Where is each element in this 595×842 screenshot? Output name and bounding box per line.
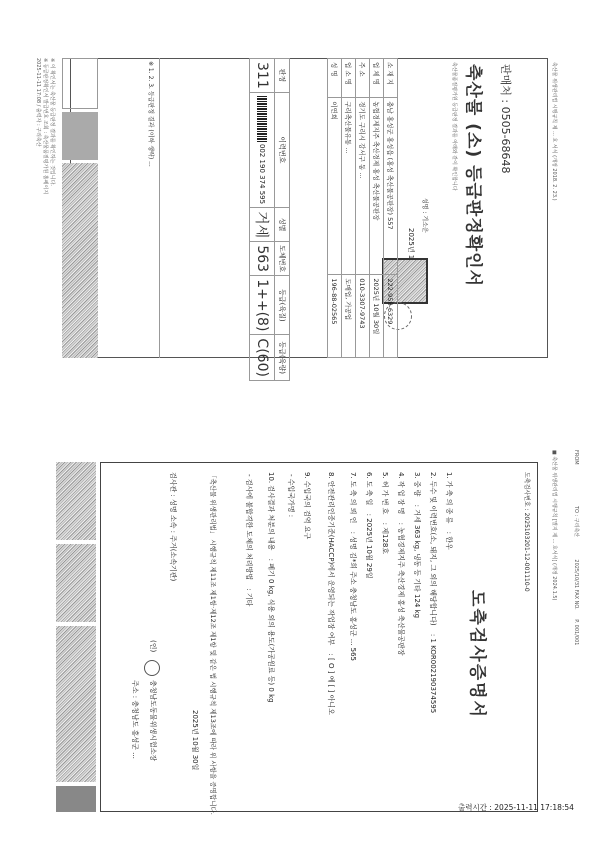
- item-no: 10.: [267, 472, 275, 483]
- carcass-number: 563: [250, 242, 275, 276]
- remarks-section: ※ 1. 2. 3. 등급판정 결과 (이하 생략) ...: [104, 58, 160, 358]
- table-row: 성 명 이연희 196-88-02565: [328, 59, 342, 358]
- item-no: 8.: [327, 472, 335, 479]
- item-value: 1 KOR002190374595: [429, 638, 437, 713]
- legal-statement: 「축산물 위생관리법」 시행규칙 제11조 제1항·제12조 제1항 및 같은 …: [209, 472, 218, 815]
- inspection-item: 5.허 가 번 호 : 제128호: [380, 472, 390, 554]
- item-no: 4.: [397, 472, 405, 479]
- inspection-item: 10.검사결과 처분의 내용 : 폐기 0 kg, 식용 외의 용도(가공원료 …: [266, 472, 276, 703]
- item-value: 폐기 0 kg, 식용 외의 용도(가공원료 등) 0 kg: [267, 563, 275, 702]
- table-row: 311 002 190 374 595 거세 563 1++(8) C(60): [250, 59, 275, 381]
- scan-artifacts: [62, 58, 98, 358]
- item-label: 검사결과 처분의 내용: [267, 485, 275, 550]
- inspection-item: 4.작 업 장 명 : 농협경제지주 축산경제 홍성 축산물공판장: [396, 472, 406, 656]
- barcode-icon: [257, 96, 267, 142]
- inspection-item: - 검사에 불합격한 도체의 처리방법 : 기타: [244, 472, 254, 606]
- table-row: 주 소 경기도 구리시 강서구 동 ... 010-3307-9743: [356, 59, 370, 358]
- item-label: 작 업 장 명: [397, 481, 405, 515]
- item-value: 거세 363 kg, 냉동 등 기타 124 kg: [413, 509, 421, 618]
- item-label: 수입국의 검역 요구: [303, 481, 311, 540]
- inspection-item: - 수입국가명 :: [286, 472, 296, 523]
- inspection-item: 9.수입국의 검역 요구: [302, 472, 312, 545]
- item-no: 6.: [365, 472, 373, 479]
- item-value: 2025년 10월 29일: [365, 518, 373, 578]
- certificate-title: 축산물 (소) 등급판정확인서: [463, 64, 488, 287]
- form-notice: 축산물 위생관리법 시행규칙 제 ... 호 서식 (개정 2018. 2. 2…: [551, 62, 558, 201]
- subtitle-note: 축산물품질평가원 등급판정 결과를 아래와 같이 확인합니다: [451, 62, 458, 191]
- form-notice: ■ 축산물 위생관리법 시행규칙 [별지 제 ... 호서식] (개정 2024…: [551, 450, 558, 600]
- grade-certificate: 축산물 위생관리법 시행규칙 제 ... 호 서식 (개정 2018. 2. 2…: [56, 58, 548, 358]
- inspector-address: 주소 : 충청남도 홍성군 ...: [130, 680, 140, 759]
- item-value: 제128호: [381, 527, 389, 554]
- table-header-row: 판정 이력번호 성별 도체번호 등급(육질) 등급(육량): [275, 59, 290, 381]
- inspection-item: 2.두수 및 이력번호(소, 돼지, 그 외의 해당합니다) : 1 KOR00…: [428, 472, 438, 713]
- item-no: 9.: [303, 472, 311, 479]
- yield-grade: C(60): [250, 335, 275, 381]
- certificate-title: 도축검사증명서: [467, 590, 492, 719]
- owner-info-table: 소 재 지 충남 홍성군 홍성읍 (홍성 축산물공판장) 557 222-956…: [327, 58, 398, 358]
- table-row: 업 소 명 구리축산물유통 ... 도매업, 가공업: [342, 59, 356, 358]
- item-no: 2.: [429, 472, 437, 479]
- quality-grade: 1++(8): [250, 276, 275, 335]
- logo-icon: [56, 786, 96, 812]
- official-seal-icon: [144, 660, 160, 676]
- inspector-label: 검사관 : 성명 소속 : 주거(소속기관): [168, 472, 178, 581]
- item-label: 도 축 일: [365, 481, 373, 506]
- seal-label: (인): [148, 640, 158, 652]
- item-value: 농협경제지주 축산경제 홍성 축산물공판장: [397, 527, 405, 655]
- table-row: 소 재 지 충남 홍성군 홍성읍 (홍성 축산물공판장) 557 222-956…: [384, 59, 398, 358]
- print-timestamp: 출력시간 : 2025-11-11 17:18:54: [458, 802, 574, 813]
- item-value: 기타: [245, 593, 253, 607]
- sequence-number: 311: [250, 59, 275, 93]
- inspector-name: 성명 : 기소운: [421, 198, 430, 233]
- blank-box: [62, 58, 98, 109]
- noise-block: [56, 462, 96, 540]
- item-no: 7.: [349, 472, 357, 479]
- item-label: 가 축 의 종 류: [445, 481, 453, 524]
- doc-number: 도축검사번호 : 2025103201-12-001110-0: [523, 472, 532, 592]
- inspection-item: 7.도 축 의 뢰 인 : 성명 김*희 주소 충청남도 홍성군 ... 565: [348, 472, 358, 661]
- trace-number-cell: 002 190 374 595: [250, 92, 275, 207]
- inspection-certificate: FROM TO : 구리축산 2025/10/31 FAX NO. P. 001…: [40, 450, 550, 820]
- noise-block: [56, 626, 96, 782]
- inspector-org: 충청남도동물위생시험소장: [148, 680, 158, 761]
- inspection-item: 1.가 축 의 종 류 : 한우: [444, 472, 454, 550]
- item-value: 한우: [445, 536, 453, 550]
- item-label: - 수입국가명 :: [287, 474, 295, 517]
- item-no: 3.: [413, 472, 421, 479]
- table-row: 업 체 명 농협경제지주 축산경제 홍성 축산물공판장 2025년 10월 30…: [370, 59, 384, 358]
- inspection-item: 6.도 축 일 : 2025년 10월 29일: [364, 472, 374, 579]
- scan-artifacts: [56, 462, 96, 812]
- item-label: 안전관리인증기준(HACCP)에서 운영되는 작업장 여부: [327, 481, 335, 646]
- issue-date: 2025년 10월 30일: [190, 710, 200, 770]
- item-label: 도 축 의 뢰 인: [349, 481, 357, 524]
- noise-block: [56, 544, 96, 622]
- sex-value: 거세: [250, 208, 275, 242]
- grade-result-table: 판정 이력번호 성별 도체번호 등급(육질) 등급(육량) 311 002 19…: [249, 58, 290, 381]
- item-label: - 검사에 불합격한 도체의 처리방법: [245, 474, 253, 580]
- gray-block: [62, 112, 98, 161]
- item-label: 허 가 번 호: [381, 481, 389, 515]
- noise-block: [62, 163, 98, 358]
- fax-margin-notes: FROM TO : 구리축산 2025/10/31 FAX NO. P. 001…: [573, 450, 580, 820]
- item-no: 1.: [445, 472, 453, 479]
- footer-notes: ※ 이 확인서는 축산물 등급판정 결과를 확인하는 것입니다. ※ 등급판정확…: [35, 58, 56, 194]
- inspection-item: 8.안전관리인증기준(HACCP)에서 운영되는 작업장 여부 : [ O ] …: [326, 472, 336, 715]
- inspection-item: 3.중 량 : 거세 363 kg, 냉동 등 기타 124 kg: [412, 472, 422, 618]
- item-value: [ O ] 예 [ ] 아니오: [327, 658, 335, 715]
- seller-phone: 판매처 : 0505-68648: [498, 64, 514, 174]
- item-label: 두수 및 이력번호(소, 돼지, 그 외의 해당합니다): [429, 481, 437, 626]
- item-label: 중 량: [413, 481, 421, 497]
- item-no: 5.: [381, 472, 389, 479]
- item-value: 성명 김*희 주소 충청남도 홍성군 ... 565: [349, 536, 357, 661]
